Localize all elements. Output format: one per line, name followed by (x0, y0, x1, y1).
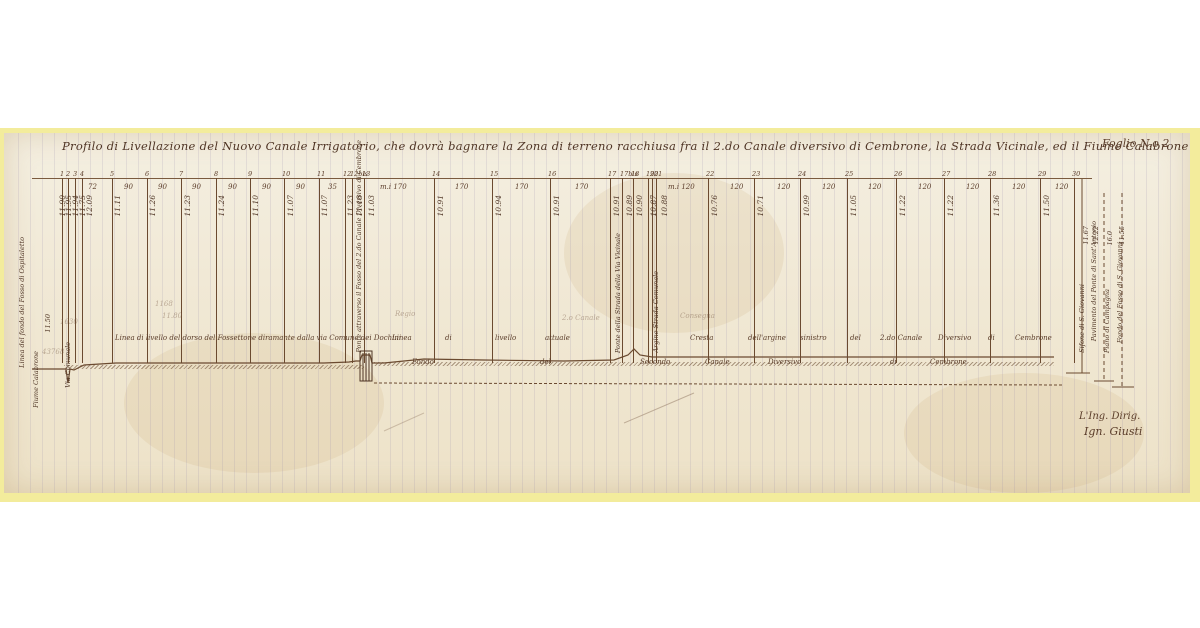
profile-label: di (890, 358, 897, 366)
signature-line-1: L'Ing. Dirig. (1079, 411, 1140, 422)
profile-label: di (445, 334, 452, 342)
profile-label: Fondo del Fosso di S. Giovanni (1116, 242, 1124, 343)
profile-label: livello (495, 334, 516, 342)
signature-line-2: Ign. Giusti (1084, 425, 1142, 438)
profile-label: Sifone di S. Giovanni (1078, 284, 1086, 353)
profile-label: Cembrone (1015, 334, 1052, 342)
faint-note: Consegna (680, 312, 715, 320)
profile-label: Secondo (640, 358, 670, 366)
profile-label: Argine Strada Comunale (652, 271, 660, 353)
profile-label: Via Comunale (64, 342, 72, 388)
profile-label: Fondo (412, 358, 434, 366)
profile-label: 12.22 (1092, 226, 1100, 245)
profile-label: 11.50 (44, 314, 52, 333)
profile-label: 2.do Canale (880, 334, 922, 342)
faint-note: Regio (395, 310, 415, 318)
profile-label: attuale (545, 334, 570, 342)
profile-label: sinistro (800, 334, 827, 342)
profile-label: del (540, 358, 551, 366)
faint-note: 1630 (60, 318, 78, 326)
profile-label: Cembrone (930, 358, 967, 366)
profile-label: Cresta (690, 334, 713, 342)
document-sheet: Profilo di Livellazione del Nuovo Canale… (4, 133, 1190, 493)
profile-label: Diversivo (938, 334, 971, 342)
profile-label: Linea (392, 334, 412, 342)
faint-note: 1168 (155, 300, 173, 308)
profile-label: Piano di Campagna (1103, 289, 1111, 353)
profile-label: di (988, 334, 995, 342)
profile-label: 16.0 (1106, 231, 1114, 245)
profile-label: Linea del fondo del Fosso di Ospitaletto (18, 237, 26, 368)
profile-label: Diversivo (768, 358, 801, 366)
profile-label: Ponte attraverso il Fosso del 2.do Canal… (355, 140, 363, 353)
faint-note: 43768 (42, 348, 64, 356)
profile-label: Canale (705, 358, 730, 366)
profile-label: del (850, 334, 861, 342)
faint-note: 11.80 (162, 312, 182, 320)
profile-label: 11.67 (1082, 226, 1090, 245)
faint-note: 2.o Canale (562, 314, 600, 322)
profile-label: Ponte della Strada della Via Vicinale (614, 233, 622, 353)
profile-label: 11.55 (1118, 226, 1126, 245)
profile-label: dell'argine (748, 334, 786, 342)
ground-hatching (64, 365, 364, 369)
profile-label: Fiume Calabrone (32, 351, 40, 408)
